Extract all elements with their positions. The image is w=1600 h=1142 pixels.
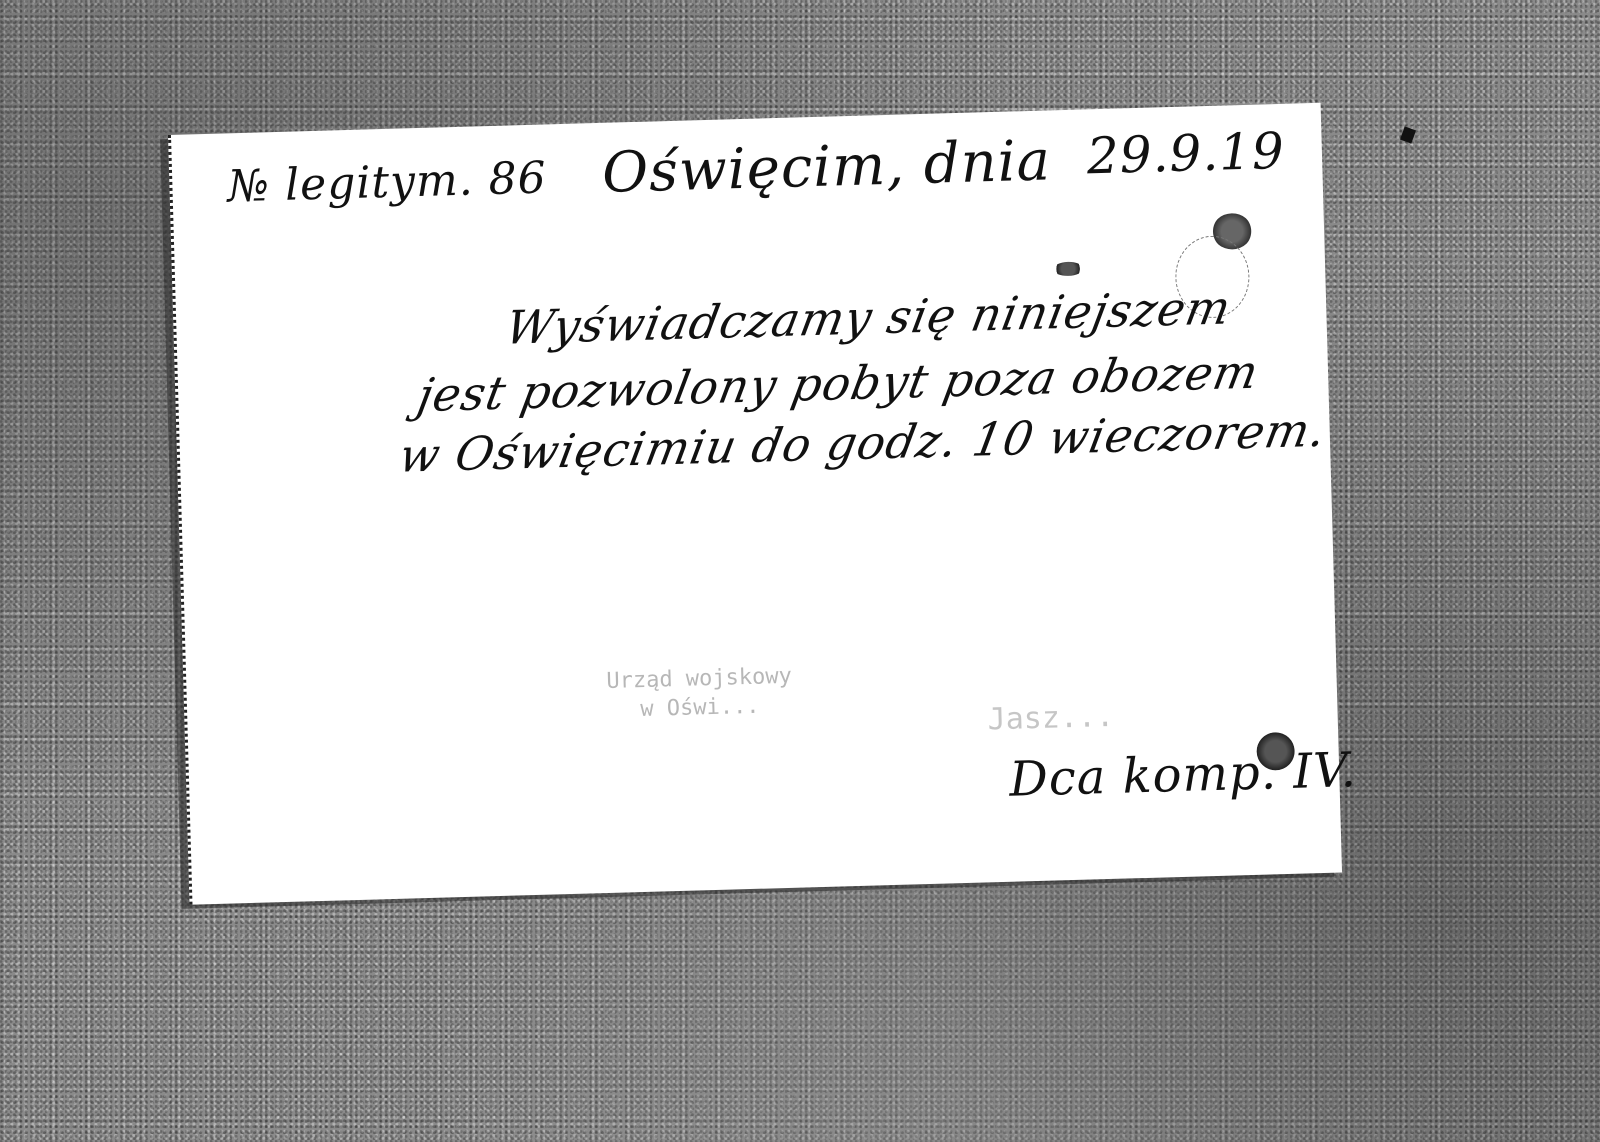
day-label: dnia	[923, 128, 1052, 197]
ink-smudge-icon	[1053, 262, 1083, 277]
document-card: № legitym. 86 Oświęcim, dnia 29.9.19 Wyś…	[168, 103, 1342, 905]
faded-stamp-line-2: w Oświ...	[607, 691, 793, 725]
place-name: Oświęcim, dnia	[601, 128, 1051, 206]
faded-signature: Jasz...	[987, 699, 1114, 738]
legitimation-number: № legitym. 86	[227, 152, 548, 212]
document-date: 29.9.19	[1086, 122, 1285, 186]
body-line-1: Wyświadczamy się niniejszem	[502, 280, 1236, 355]
place-text: Oświęcim,	[601, 132, 906, 205]
faded-stamp: Urząd wojskowy w Oświ...	[606, 663, 793, 725]
commander-signature: Dca komp. IV.	[1009, 742, 1358, 808]
faded-stamp-line-1: Urząd wojskowy	[606, 663, 792, 697]
